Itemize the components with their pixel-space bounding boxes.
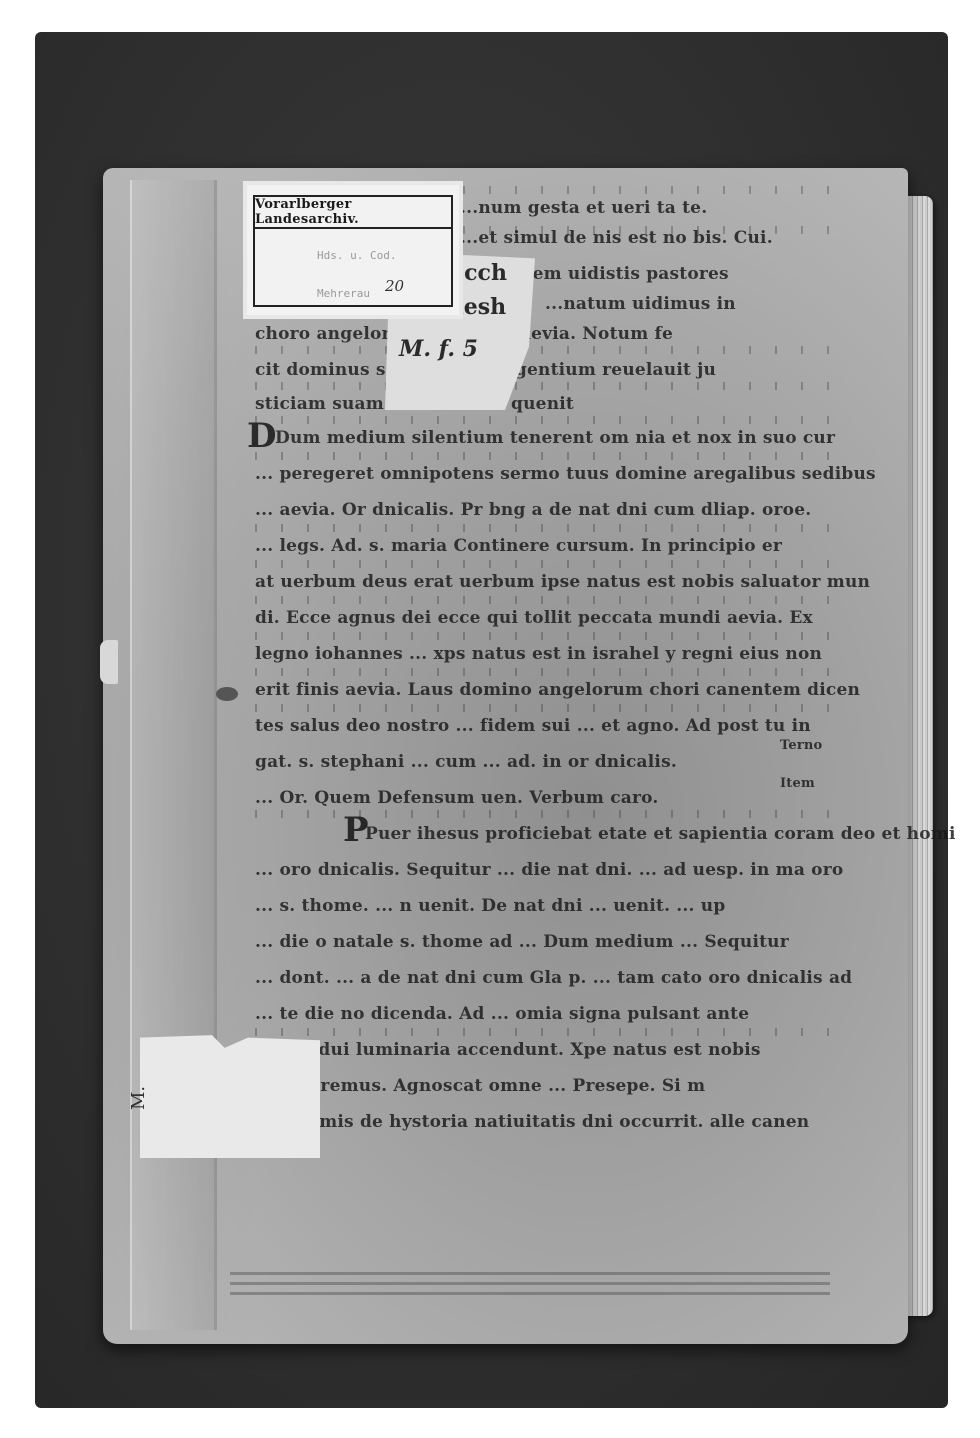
- label-frame: Vorarlberger Landesarchiv. Hds. u. Cod. …: [253, 195, 453, 307]
- manuscript-line: ... legs. Ad. s. maria Continere cursum.…: [255, 536, 782, 556]
- manuscript-line: ... oro dnicalis. Sequitur ... die nat d…: [255, 860, 843, 880]
- neume-row: [255, 524, 830, 532]
- manuscript-line: altare dui luminaria accendunt. Xpe natu…: [255, 1040, 761, 1060]
- neume-row: [255, 346, 830, 354]
- manuscript-line: ... die o natale s. thome ad ... Dum med…: [255, 932, 789, 952]
- manuscript-line: legno iohannes ... xps natus est in isra…: [255, 644, 822, 664]
- label-collection: Hds. u. Cod.: [317, 249, 396, 262]
- neume-row: [255, 810, 830, 818]
- initial-letter: D: [247, 416, 276, 456]
- manuscript-line: ...et simul de nis est no bis. Cui.: [460, 228, 773, 248]
- manuscript-line: di. Ecce agnus dei ecce qui tollit pecca…: [255, 608, 813, 628]
- label-shelf-number: 20: [385, 277, 404, 295]
- book-page-edges: [905, 196, 933, 1316]
- neume-row: [255, 668, 830, 676]
- spine-shelf-mark: M.: [128, 1086, 149, 1110]
- cover-ruling-line: [230, 1292, 830, 1295]
- neume-row: [255, 382, 830, 390]
- neume-row: [255, 1028, 830, 1036]
- marginal-note: Terno: [780, 738, 822, 753]
- leather-tab: [100, 640, 118, 684]
- manuscript-line: ... aevia. Or dnicalis. Pr bng a de nat …: [255, 500, 811, 520]
- archive-label: Vorarlberger Landesarchiv. Hds. u. Cod. …: [247, 185, 459, 315]
- manuscript-line: Quem uidistis pastores: [505, 264, 729, 284]
- manuscript-line: ... s. thome. ... n uenit. De nat dni ..…: [255, 896, 725, 916]
- marginal-note: Item: [780, 776, 815, 791]
- manuscript-line: gat. s. stephani ... cum ... ad. in or d…: [255, 752, 677, 772]
- manuscript-line: ... Or. Quem Defensum uen. Verbum caro.: [255, 788, 659, 808]
- neume-row: [255, 452, 830, 460]
- neume-row: [255, 560, 830, 568]
- cover-ruling-line: [230, 1272, 830, 1275]
- manuscript-line: ... te die no dicenda. Ad ... omia signa…: [255, 1004, 749, 1024]
- cover-ruling-line: [230, 1282, 830, 1285]
- label-provenance: Mehrerau: [317, 287, 370, 300]
- spine-paper-label: [140, 1030, 320, 1158]
- manuscript-line: erit finis aevia. Laus domino angelorum …: [255, 680, 860, 700]
- neume-row: [255, 704, 830, 712]
- label-institution: Vorarlberger Landesarchiv.: [255, 197, 451, 229]
- scrap-text: M. f. 5: [399, 336, 478, 362]
- manuscript-line: ... psalmis de hystoria natiuitatis dni …: [255, 1112, 809, 1132]
- neume-row: [255, 632, 830, 640]
- manuscript-line: Dum medium silentium tenerent om nia et …: [275, 428, 835, 448]
- manuscript-line: ...num gesta et ueri ta te.: [460, 198, 707, 218]
- manuscript-line: ... ad oremus. Agnoscat omne ... Presepe…: [255, 1076, 705, 1096]
- manuscript-line: tes salus deo nostro ... fidem sui ... e…: [255, 716, 811, 736]
- manuscript-line: at uerbum deus erat uerbum ipse natus es…: [255, 572, 870, 592]
- neume-row: [255, 596, 830, 604]
- neume-row: [255, 416, 830, 424]
- manuscript-line: ...natum uidimus in: [545, 294, 736, 314]
- manuscript-line: ... dont. ... a de nat dni cum Gla p. ..…: [255, 968, 852, 988]
- manuscript-line: Puer ihesus proficiebat etate et sapient…: [365, 824, 956, 844]
- clasp-pin: [216, 687, 238, 701]
- manuscript-line: ... peregeret omnipotens sermo tuus domi…: [255, 464, 876, 484]
